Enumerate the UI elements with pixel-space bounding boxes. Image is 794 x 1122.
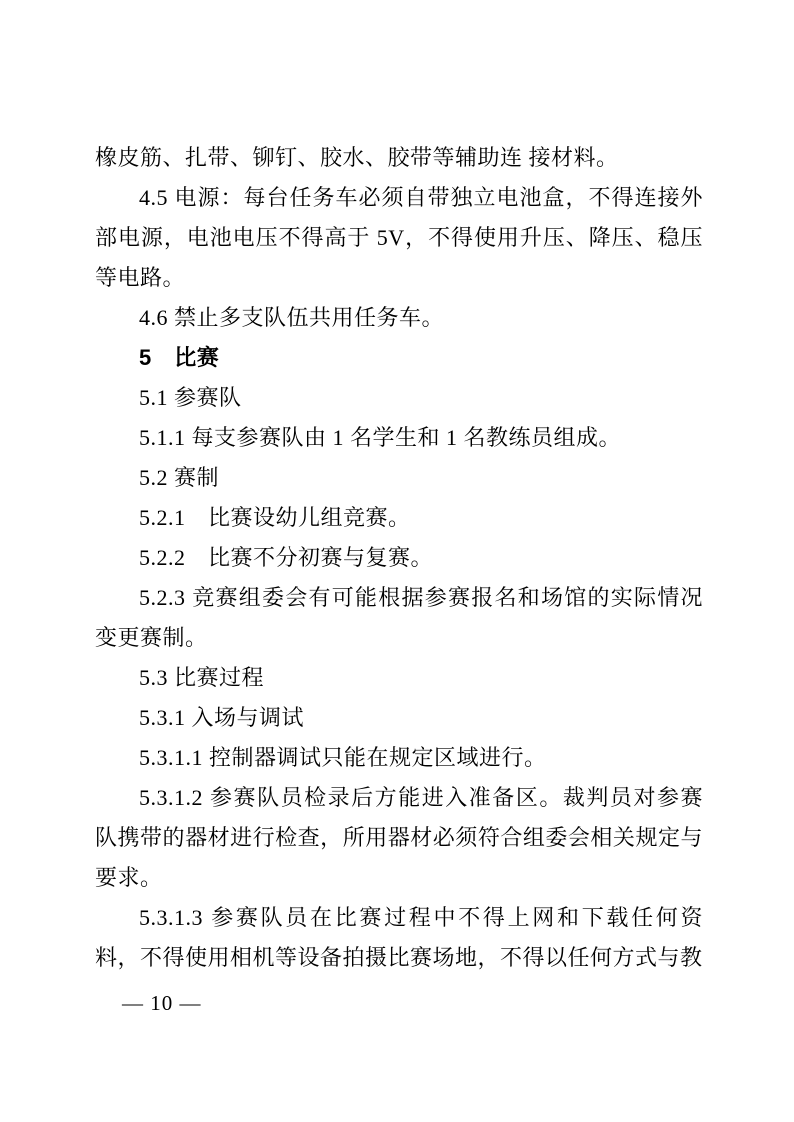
paragraph: 4.6 禁止多支队伍共用任务车。: [95, 298, 703, 338]
paragraph: 5.2.1 比赛设幼儿组竞赛。: [95, 498, 703, 538]
paragraph: 橡皮筋、扎带、铆钉、胶水、胶带等辅助连 接材料。: [95, 138, 703, 178]
page-footer: — 10 —: [122, 986, 202, 1020]
document-body: 橡皮筋、扎带、铆钉、胶水、胶带等辅助连 接材料。4.5 电源：每台任务车必须自带…: [95, 138, 703, 978]
paragraph: 5.1 参赛队: [95, 378, 703, 418]
paragraph: 4.5 电源：每台任务车必须自带独立电池盒，不得连接外部电源，电池电压不得高于 …: [95, 178, 703, 298]
paragraph: 5.3 比赛过程: [95, 658, 703, 698]
page-number: — 10 —: [122, 991, 202, 1015]
paragraph: 5.2.2 比赛不分初赛与复赛。: [95, 538, 703, 578]
paragraph: 5.2 赛制: [95, 458, 703, 498]
paragraph: 5.3.1 入场与调试: [95, 698, 703, 738]
paragraph: 5.1.1 每支参赛队由 1 名学生和 1 名教练员组成。: [95, 418, 703, 458]
paragraph: 5.3.1.3 参赛队员在比赛过程中不得上网和下载任何资料，不得使用相机等设备拍…: [95, 898, 703, 978]
paragraph: 5.3.1.2 参赛队员检录后方能进入准备区。裁判员对参赛队携带的器材进行检查，…: [95, 778, 703, 898]
paragraph: 5.2.3 竞赛组委会有可能根据参赛报名和场馆的实际情况变更赛制。: [95, 578, 703, 658]
document-page: 橡皮筋、扎带、铆钉、胶水、胶带等辅助连 接材料。4.5 电源：每台任务车必须自带…: [0, 0, 794, 1122]
paragraph: 5.3.1.1 控制器调试只能在规定区域进行。: [95, 738, 703, 778]
section-heading: 5 比赛: [95, 338, 703, 378]
